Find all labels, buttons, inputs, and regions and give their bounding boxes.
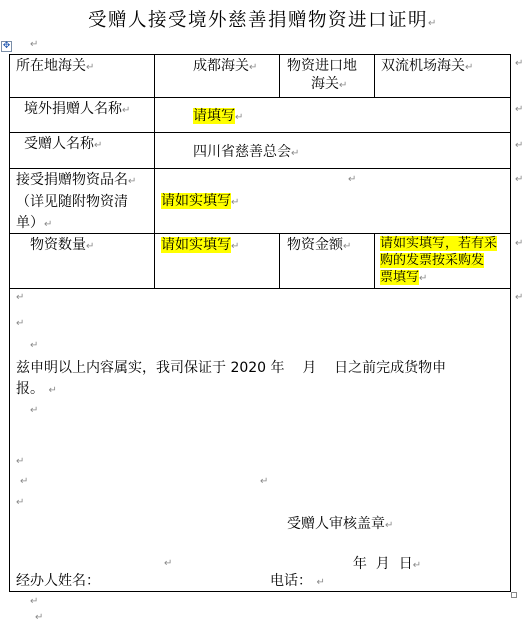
handler-name-label: 经办人姓名：	[16, 572, 100, 590]
seal-label: 受赠人审核盖章↵	[287, 515, 393, 535]
table-border	[279, 54, 280, 97]
paragraph-mark: ↵	[30, 596, 38, 607]
row-end-mark: ↵	[515, 174, 523, 185]
value-donated-goods[interactable]: 请如实填写↵	[161, 192, 239, 212]
row-end-mark: ↵	[515, 58, 523, 69]
paragraph-mark: ↵	[16, 456, 24, 467]
table-border	[9, 54, 511, 55]
value-quantity[interactable]: 请如实填写↵	[161, 236, 239, 256]
paragraph-mark: ↵	[35, 612, 43, 623]
table-border	[9, 168, 511, 169]
paragraph-mark: ↵	[30, 405, 38, 416]
table-border	[9, 132, 511, 133]
table-border	[279, 233, 280, 288]
table-border	[374, 233, 375, 288]
label-foreign-donor: 境外捐赠人名称↵	[24, 100, 130, 120]
value-amount[interactable]: 请如实填写，若有采 购的发票按采购发 票填写↵	[380, 235, 497, 287]
paragraph-mark: ↵	[260, 476, 268, 487]
row-end-mark: ↵	[515, 238, 523, 249]
row-end-mark: ↵	[515, 104, 523, 115]
paragraph-mark: ↵	[164, 558, 172, 569]
declaration-text: 兹申明以上内容属实，我司保证于 2020 年 月 日之前完成货物申 报。 ↵	[16, 358, 446, 401]
paragraph-mark: ↵	[348, 174, 356, 185]
table-move-handle-icon[interactable]: ✥	[1, 41, 12, 52]
row-end-mark: ↵	[515, 140, 523, 151]
table-border	[9, 97, 511, 98]
table-border	[9, 54, 10, 592]
paragraph-mark: ↵	[20, 476, 28, 487]
phone-label: 电话： ↵	[270, 572, 325, 592]
value-local-customs[interactable]: 成都海关↵	[193, 57, 257, 77]
table-border	[154, 54, 155, 288]
label-local-customs: 所在地海关↵	[16, 57, 94, 77]
label-recipient: 受赠人名称↵	[24, 135, 102, 155]
table-border	[9, 591, 511, 592]
document-title: 受赠人接受境外慈善捐赠物资进口证明↵	[88, 8, 438, 37]
label-quantity: 物资数量↵	[30, 236, 94, 256]
paragraph-mark: ↵	[30, 340, 38, 351]
value-recipient[interactable]: 四川省慈善总会↵	[193, 143, 299, 163]
paragraph-mark: ↵	[428, 18, 438, 29]
paragraph-mark: ↵	[16, 292, 24, 303]
seal-date: 年 月 日↵	[344, 537, 421, 575]
value-foreign-donor[interactable]: 请填写↵	[193, 107, 243, 127]
table-border	[510, 54, 511, 592]
label-donated-goods: 接受捐赠物资品名↵ （详见随附物资清 单）↵	[16, 170, 136, 235]
value-import-customs[interactable]: 双流机场海关↵	[381, 57, 473, 77]
paragraph-mark: ↵	[16, 318, 24, 329]
paragraph-mark: ↵	[30, 39, 38, 50]
paragraph-mark: ↵	[16, 497, 24, 508]
label-amount: 物资金额↵	[287, 236, 351, 256]
title-text: 受赠人接受境外慈善捐赠物资进口证明	[88, 10, 428, 31]
table-resize-handle[interactable]	[511, 592, 517, 598]
table-border	[9, 288, 511, 289]
row-end-mark: ↵	[515, 292, 523, 303]
table-border	[374, 54, 375, 97]
label-import-customs: 物资进口地 海关↵	[287, 57, 357, 95]
